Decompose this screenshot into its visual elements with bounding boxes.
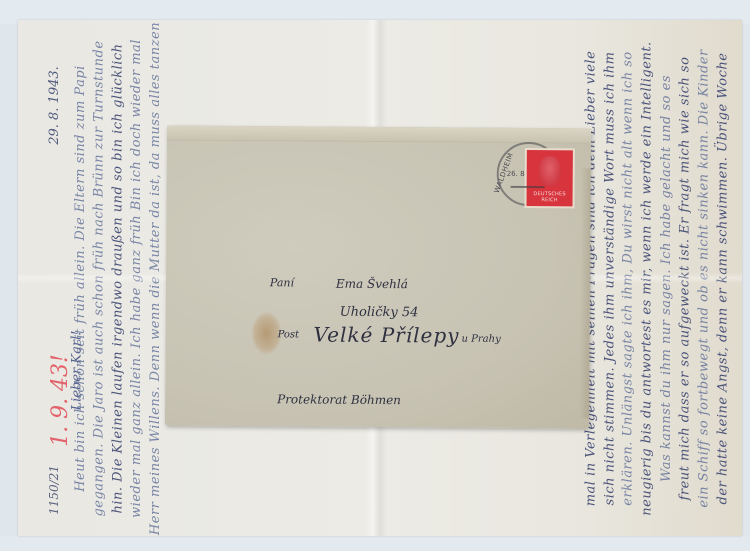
address-post-label: Post <box>278 329 300 340</box>
reference-number: 1150/21 <box>42 450 66 530</box>
envelope-flap <box>167 126 591 144</box>
handwritten-line: der hatte keine Angst, denn er kann schw… <box>711 20 735 536</box>
stamp-country: DEUTSCHES REICH <box>527 191 573 203</box>
address-salutation: Paní <box>270 276 294 289</box>
envelope: WALDHEIM 26. 8. 43 - 12 DEUTSCHES REICH … <box>165 126 591 429</box>
stamp-portrait-icon <box>539 156 561 186</box>
address-street: Uholičky 54 <box>340 305 419 321</box>
background-surface-bottom <box>0 536 750 551</box>
letter-date: 29. 8. 1943. <box>42 50 66 160</box>
address-near: u Prahy <box>462 334 501 345</box>
address-name: Ema Švehlá <box>336 277 408 292</box>
address-country: Protektorat Böhmen <box>277 392 401 407</box>
postage-stamp: DEUTSCHES REICH <box>526 150 572 206</box>
address-city: Velké Přílepy <box>314 323 460 348</box>
postmark-cancel-bar <box>511 186 545 188</box>
envelope-worn-edge <box>579 168 591 418</box>
